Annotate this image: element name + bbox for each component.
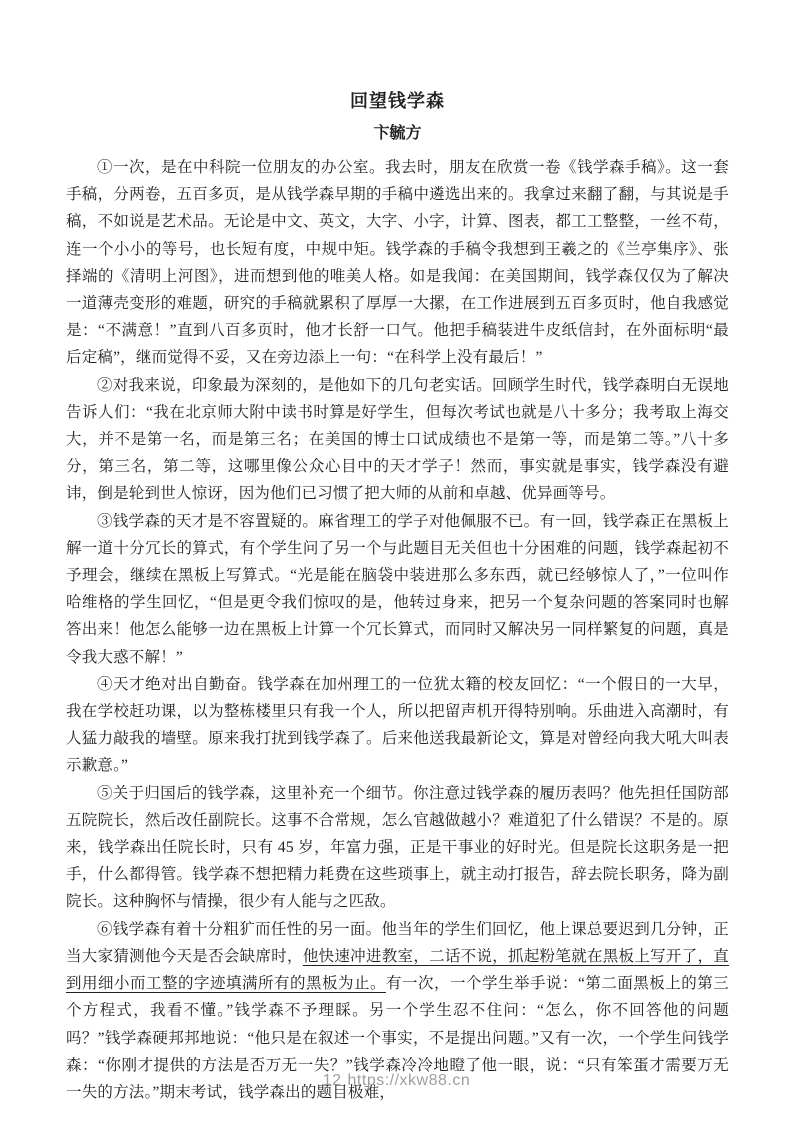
paragraph-2: ②对我来说，印象最为深刻的，是他如下的几句老实话。回顾学生时代，钱学森明白无误地… — [66, 372, 729, 508]
paragraph-3: ③钱学森的天才是不容置疑的。麻省理工的学子对他佩服不已。有一回，钱学森正在黑板上… — [66, 508, 729, 671]
article-body: ①一次，是在中科院一位朋友的办公室。我去时，朋友在欣赏一卷《钱学森手稿》。这一套… — [66, 154, 729, 1106]
paragraph-1: ①一次，是在中科院一位朋友的办公室。我去时，朋友在欣赏一卷《钱学森手稿》。这一套… — [66, 154, 729, 372]
article-title: 回望钱学森 — [66, 90, 729, 112]
document-page: 回望钱学森 卞毓方 ①一次，是在中科院一位朋友的办公室。我去时，朋友在欣赏一卷《… — [0, 0, 793, 1122]
page-footer: 12https://xkw88.cn — [0, 1072, 793, 1090]
page-number: 12 — [323, 1072, 342, 1089]
paragraph-5: ⑤关于归国后的钱学森，这里补充一个细节。你注意过钱学森的履历表吗？他先担任国防部… — [66, 780, 729, 916]
article-author: 卞毓方 — [66, 124, 729, 144]
watermark-url: https://xkw88.cn — [348, 1072, 471, 1089]
paragraph-4: ④天才绝对出自勤奋。钱学森在加州理工的一位犹太籍的校友回忆：“一个假日的一大早，… — [66, 671, 729, 780]
